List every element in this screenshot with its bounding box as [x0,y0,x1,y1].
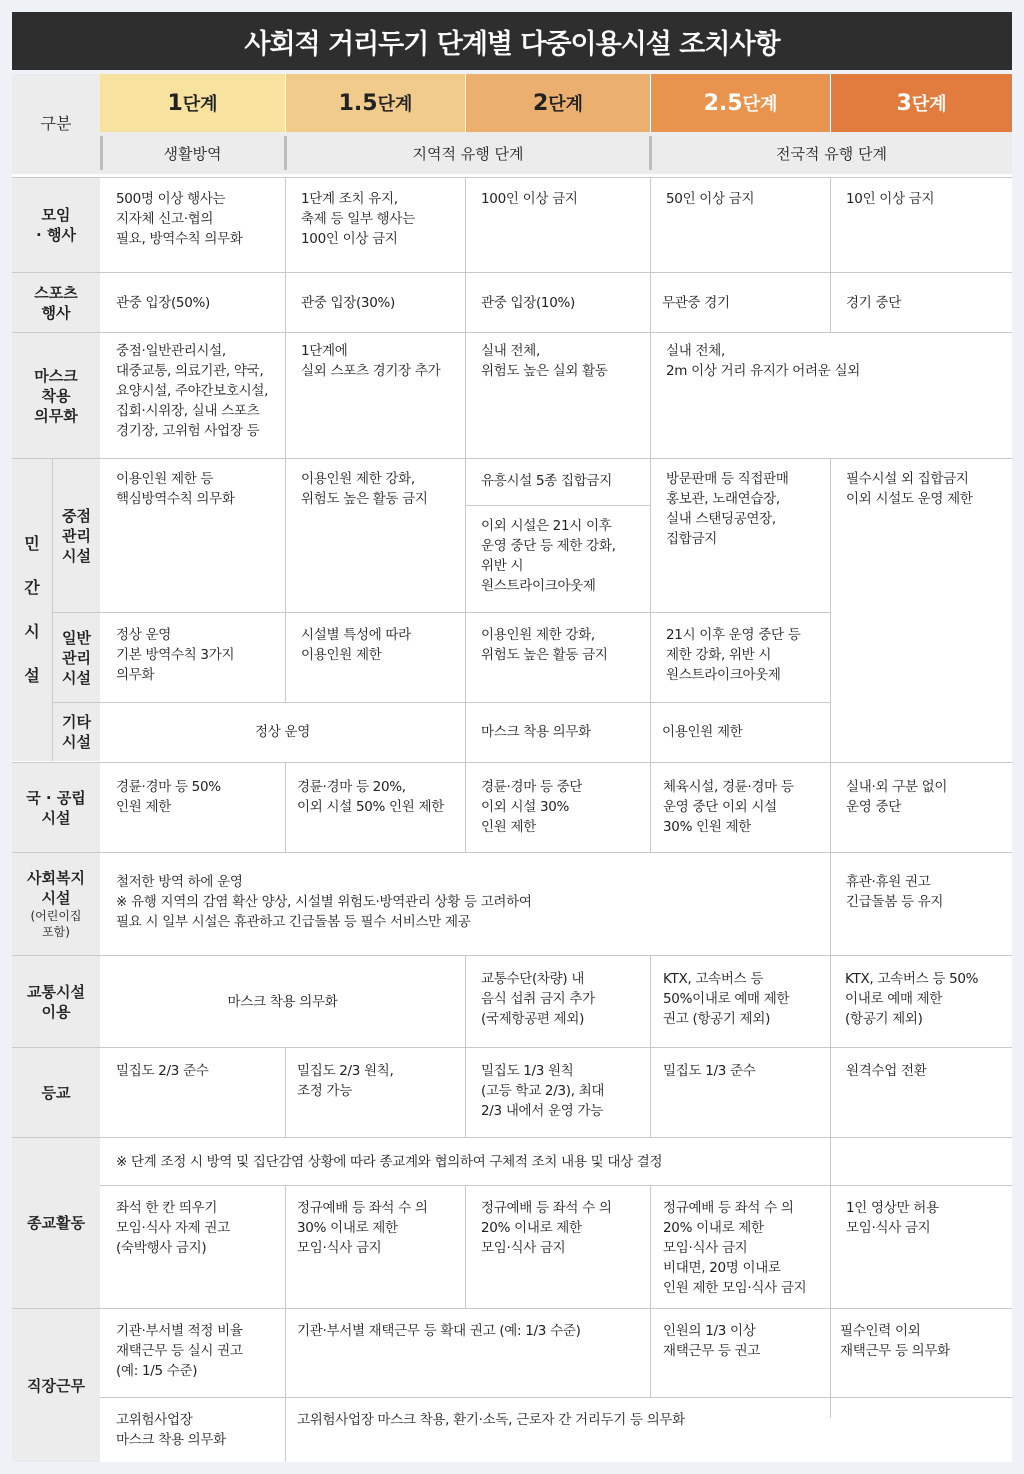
cell-priority-1: 이용인원 제한 등 핵심방역수칙 의무화 [100,459,285,612]
cell-general-2-5: 21시 이후 운영 중단 등 제한 강화, 위반 시 원스트라이크아웃제 [650,613,830,702]
row-divider [100,1185,1012,1186]
cell-gathering-2: 100인 이상 금지 [465,178,650,272]
stage-3-header: 3단계 [831,74,1012,132]
row-divider [100,1397,1012,1398]
cell-sports-1: 관중 입장(50%) [100,273,285,332]
cell-private-3: 필수시설 외 집합금지 이외 시설도 운영 제한 [830,459,1012,761]
row-divider [12,1137,1012,1138]
row-divider [12,955,1012,956]
row-label-general-facilities: 일반 관리 시설 [53,613,100,702]
cell-religion-1-5: 정규예배 등 좌석 수 의 30% 이내로 제한 모임·식사 금지 [285,1186,465,1308]
cell-mask-2-5-to-3: 실내 전체, 2m 이상 거리 유지가 어려운 실외 [650,333,1012,458]
stage-suffix: 단계 [183,90,218,116]
divider [100,136,103,170]
cell-religion-2-5: 정규예배 등 좌석 수 의 20% 이내로 제한 모임·식사 금지 비대면, 2… [650,1186,830,1308]
cell-school-1: 밀집도 2/3 준수 [100,1048,285,1137]
cell-welfare-3: 휴관·휴원 권고 긴급돌봄 등 유지 [830,853,1012,955]
col-divider [465,956,466,1138]
cell-work-2-5: 인원의 1/3 이상 재택근무 등 권고 [650,1309,830,1397]
row-label-public-facilities: 국 · 공립 시설 [12,763,100,852]
col-divider [285,1048,286,1138]
cell-priority-2-other: 이외 시설은 21시 이후 운영 중단 등 제한 강화, 위반 시 원스트라이크… [465,506,650,612]
cell-school-2: 밀집도 1/3 원칙 (고등 학교 2/3), 최대 2/3 내에서 운영 가능 [465,1048,650,1137]
col-divider [285,763,286,853]
cell-public-1-5: 경륜·경마 등 20%, 이외 시설 50% 인원 제한 [285,763,465,852]
col-divider [830,178,831,333]
cell-work-3: 필수인력 이외 재택근무 등 의무화 [830,1309,1012,1397]
cell-sports-1-5: 관중 입장(30%) [285,273,465,332]
stage-2-header: 2단계 [466,74,650,132]
cell-general-1-5: 시설별 특성에 따라 이용인원 제한 [285,613,465,702]
cell-priority-2-entertainment: 유흥시설 5종 집합금지 [465,459,650,505]
cell-religion-3: 1인 영상만 허용 모임·식사 금지 [830,1186,1012,1308]
stage-1-header: 1단계 [100,74,285,132]
cell-religion-2: 정규예배 등 좌석 수 의 20% 이내로 제한 모임·식사 금지 [465,1186,650,1308]
divider [284,136,287,170]
cell-public-2-5: 체육시설, 경륜·경마 등 운영 중단 이외 시설 30% 인원 제한 [650,763,830,852]
cell-mask-1-5: 1단계에 실외 스포츠 경기장 추가 [285,333,465,458]
row-divider [12,332,1012,333]
row-label-religion: 종교활동 [12,1138,100,1308]
row-divider [12,1047,1012,1048]
page-title: 사회적 거리두기 단계별 다중이용시설 조치사항 [12,12,1012,70]
cell-gathering-1-5: 1단계 조치 유지, 축제 등 일부 행사는 100인 이상 금지 [285,178,465,272]
category-label: 구분 [12,74,100,174]
col-divider [285,178,286,703]
cell-transport-2-5: KTX, 고속버스 등 50%이내로 예매 제한 권고 (항공기 제외) [650,956,830,1047]
welfare-label: 사회복지 시설 [27,868,85,908]
cell-work-high-risk-1: 고위험사업장 마스크 착용 의무화 [100,1398,285,1462]
cell-priority-2-5: 방문판매 등 직접판매 홍보관, 노래연습장, 실내 스탠딩공연장, 집합금지 [650,459,830,612]
row-label-mask: 마스크 착용 의무화 [12,333,100,458]
cell-school-1-5: 밀집도 2/3 원칙, 조정 가능 [285,1048,465,1137]
cell-work-high-risk-1-5-to-3: 고위험사업장 마스크 착용, 환기·소독, 근로자 간 거리두기 등 의무화 [285,1398,1012,1462]
cell-general-2: 이용인원 제한 강화, 위험도 높은 활동 금지 [465,613,650,702]
cell-transport-2: 교통수단(차량) 내 음식 섭취 금지 추가 (국제항공편 제외) [465,956,650,1047]
phase-regional-outbreak: 지역적 유행 단계 [286,132,650,174]
stage-suffix: 단계 [743,90,778,116]
cell-welfare-1-to-2-5: 철저한 방역 하에 운영 ※ 유행 지역의 감염 확산 양상, 시설별 위험도·… [100,853,830,955]
row-divider [52,612,830,613]
cell-religion-1: 좌석 한 칸 띄우기 모임·식사 자제 권고 (숙박행사 금지) [100,1186,285,1308]
cell-mask-2: 실내 전체, 위험도 높은 실외 활동 [465,333,650,458]
cell-public-3: 실내·외 구분 없이 운영 중단 [830,763,1012,852]
cell-school-3: 원격수업 전환 [830,1048,1012,1137]
cell-other-1-to-1-5: 정상 운영 [100,703,465,761]
divider [649,136,652,170]
row-divider [12,177,1012,178]
stage-num: 1.5 [339,91,378,116]
col-divider [52,459,53,761]
cell-transport-1-to-1-5: 마스크 착용 의무화 [100,956,465,1047]
row-label-school: 등교 [12,1048,100,1137]
col-divider [465,459,466,853]
phase-national-outbreak: 전국적 유행 단계 [651,132,1012,174]
stage-1-5-header: 1.5단계 [286,74,465,132]
col-divider [830,1186,831,1397]
stage-num: 2 [533,91,548,116]
stage-suffix: 단계 [378,90,413,116]
cell-gathering-2-5: 50인 이상 금지 [650,178,830,272]
col-divider [650,1186,651,1397]
col-divider [650,178,651,853]
row-divider [12,762,1012,763]
phase-daily-quarantine: 생활방역 [100,132,285,174]
cell-gathering-1: 500명 이상 행사는 지자체 신고·협의 필요, 방역수칙 의무화 [100,178,285,272]
row-label-private-facilities: 민 간 시 설 [12,459,52,761]
cell-sports-2-5: 무관중 경기 [650,273,830,332]
cell-priority-1-5: 이용인원 제한 강화, 위험도 높은 활동 금지 [285,459,465,612]
row-label-priority-facilities: 중점 관리 시설 [53,459,100,612]
cell-school-2-5: 밀집도 1/3 준수 [650,1048,830,1137]
cell-general-1: 정상 운영 기본 방역수칙 3가지 의무화 [100,613,285,702]
cell-public-2: 경륜·경마 등 중단 이외 시설 30% 인원 제한 [465,763,650,852]
cell-sports-2: 관중 입장(10%) [465,273,650,332]
cell-work-1-5-to-2: 기관·부서별 재택근무 등 확대 권고 (예: 1/3 수준) [285,1309,650,1397]
row-label-sports: 스포츠 행사 [12,273,100,332]
col-divider [650,956,651,1138]
stage-suffix: 단계 [548,90,583,116]
row-label-welfare: 사회복지 시설 (어린이집 포함) [12,853,100,955]
row-label-work: 직장근무 [12,1309,100,1462]
col-divider [285,1186,286,1462]
row-divider [12,1308,1012,1309]
welfare-label-note: (어린이집 포함) [30,908,81,940]
col-divider [465,1186,466,1308]
col-divider [465,178,466,458]
cell-work-1: 기관·부서별 적정 비율 재택근무 등 실시 권고 (예: 1/5 수준) [100,1309,285,1397]
stage-suffix: 단계 [912,90,947,116]
row-divider [12,458,1012,459]
religion-note: ※ 단계 조정 시 방역 및 집단감염 상황에 따라 종교계와 협의하여 구체적… [100,1138,1012,1185]
row-divider [465,505,650,506]
cell-transport-3: KTX, 고속버스 등 50% 이내로 예매 제한 (항공기 제외) [830,956,1012,1047]
row-divider [12,852,1012,853]
cell-gathering-3: 10인 이상 금지 [830,178,1012,272]
row-divider [52,702,830,703]
stage-num: 1 [167,91,182,116]
stage-2-5-header: 2.5단계 [651,74,830,132]
row-label-transport: 교통시설 이용 [12,956,100,1047]
cell-other-2-5: 이용인원 제한 [650,703,830,761]
row-label-gathering: 모임 · 행사 [12,178,100,272]
cell-public-1: 경륜·경마 등 50% 인원 제한 [100,763,285,852]
stage-num: 2.5 [704,91,743,116]
row-label-other-facilities: 기타 시설 [53,703,100,761]
cell-other-2: 마스크 착용 의무화 [465,703,650,761]
row-divider [12,272,1012,273]
cell-sports-3: 경기 중단 [830,273,1012,332]
cell-mask-1: 중점·일반관리시설, 대중교통, 의료기관, 약국, 요양시설, 주야간보호시설… [100,333,285,458]
stage-num: 3 [896,91,911,116]
